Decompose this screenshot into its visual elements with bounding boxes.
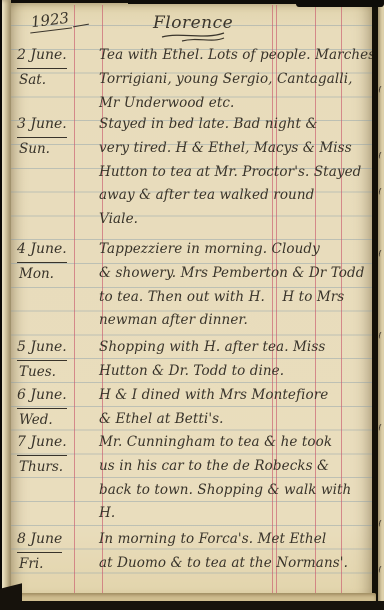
entry-date-column: 2 June.Sat. bbox=[17, 44, 95, 93]
next-page-ink-fragment bbox=[378, 249, 384, 257]
entry-date: 8 June bbox=[17, 528, 62, 553]
entry-date: 7 June. bbox=[17, 431, 67, 456]
entry-text-line: H & I dined with Mrs Montefiore bbox=[99, 384, 370, 408]
entry-text: Tappezziere in morning. Cloudy& showery.… bbox=[99, 238, 370, 333]
entry-day: Mon. bbox=[17, 263, 95, 287]
entry-text-line: very tired. H & Ethel, Macys & Miss bbox=[99, 137, 370, 161]
entry-text-line: us in his car to the de Robecks & bbox=[99, 455, 370, 479]
next-page-ink-fragment bbox=[378, 423, 384, 431]
entry-text: In morning to Forca's. Met Ethelat Duomo… bbox=[99, 528, 370, 576]
entry-text-line: H. bbox=[99, 502, 370, 526]
bottom-edge-shadow bbox=[0, 601, 384, 610]
entry-day: Fri. bbox=[17, 553, 95, 577]
entry-text-line: at Duomo & to tea at the Normans'. bbox=[99, 552, 370, 576]
entry-text-line: back to town. Shopping & walk with bbox=[99, 479, 370, 503]
entry-day: Wed. bbox=[17, 409, 95, 433]
entry-date: 4 June. bbox=[17, 238, 67, 263]
diary-page: 1923 Florence 2 June.Sat.Tea with Ethel.… bbox=[11, 3, 372, 597]
entry-text-line: away & after tea walked round bbox=[99, 184, 370, 208]
entry-date-column: 7 June.Thurs. bbox=[17, 431, 95, 480]
entry-date-column: 3 June.Sun. bbox=[17, 113, 95, 162]
entry-text-line: Stayed in bed late. Bad night & bbox=[99, 113, 370, 137]
entry-text-line: Mr Underwood etc. bbox=[99, 92, 370, 116]
entry-text-line: Torrigiani, young Sergio, Cantagalli, bbox=[99, 68, 370, 92]
binding-shadow bbox=[0, 0, 2, 610]
entry-text-line: to tea. Then out with H. H to Mrs bbox=[99, 286, 370, 310]
next-page-ink-fragment bbox=[378, 187, 384, 195]
entry-text-line: In morning to Forca's. Met Ethel bbox=[99, 528, 370, 552]
next-page-edge bbox=[378, 0, 384, 610]
entry-date: 5 June. bbox=[17, 336, 67, 361]
entry-text-line: Tappezziere in morning. Cloudy bbox=[99, 238, 370, 262]
diary-photo: 1923 Florence 2 June.Sat.Tea with Ethel.… bbox=[0, 0, 384, 610]
entry-text-line: & Ethel at Betti's. bbox=[99, 408, 370, 432]
entry-text: Shopping with H. after tea. MissHutton &… bbox=[99, 336, 370, 384]
entry-date: 6 June. bbox=[17, 384, 67, 409]
entry-day: Tues. bbox=[17, 361, 95, 385]
entry-text: Stayed in bed late. Bad night &very tire… bbox=[99, 113, 370, 232]
entry-day: Sat. bbox=[17, 69, 95, 93]
entry-date-column: 8 JuneFri. bbox=[17, 528, 95, 577]
entry-text: Tea with Ethel. Lots of people. Marchesa… bbox=[99, 44, 370, 115]
entry-date: 3 June. bbox=[17, 113, 67, 138]
entry-text: H & I dined with Mrs Montefiore& Ethel a… bbox=[99, 384, 370, 432]
entry-date-column: 5 June.Tues. bbox=[17, 336, 95, 385]
top-right-edge-shadow bbox=[296, 0, 384, 7]
entry-date-column: 6 June.Wed. bbox=[17, 384, 95, 433]
entry-text-line: Tea with Ethel. Lots of people. Marchesa bbox=[99, 44, 370, 68]
next-page-ink-fragment bbox=[378, 565, 384, 573]
entry-text-line: Viale. bbox=[99, 208, 370, 232]
entry-text: Mr. Cunningham to tea & he tookus in his… bbox=[99, 431, 370, 526]
next-page-ink-fragment bbox=[378, 85, 384, 93]
next-page-ink-fragment bbox=[378, 331, 384, 339]
next-page-ink-fragment bbox=[378, 151, 384, 159]
next-page-ink-fragment bbox=[378, 519, 384, 527]
entry-date-column: 4 June.Mon. bbox=[17, 238, 95, 287]
entry-text-line: Hutton to tea at Mr. Proctor's. Stayed bbox=[99, 161, 370, 185]
entries-container: 2 June.Sat.Tea with Ethel. Lots of peopl… bbox=[11, 3, 372, 597]
entry-text-line: Hutton & Dr. Todd to dine. bbox=[99, 360, 370, 384]
entry-text-line: Mr. Cunningham to tea & he took bbox=[99, 431, 370, 455]
previous-page-edge bbox=[2, 0, 11, 610]
entry-text-line: & showery. Mrs Pemberton & Dr Todd bbox=[99, 262, 370, 286]
entry-day: Thurs. bbox=[17, 456, 95, 480]
entry-text-line: Shopping with H. after tea. Miss bbox=[99, 336, 370, 360]
entry-date: 2 June. bbox=[17, 44, 67, 69]
entry-day: Sun. bbox=[17, 138, 95, 162]
entry-text-line: newman after dinner. bbox=[99, 309, 370, 333]
